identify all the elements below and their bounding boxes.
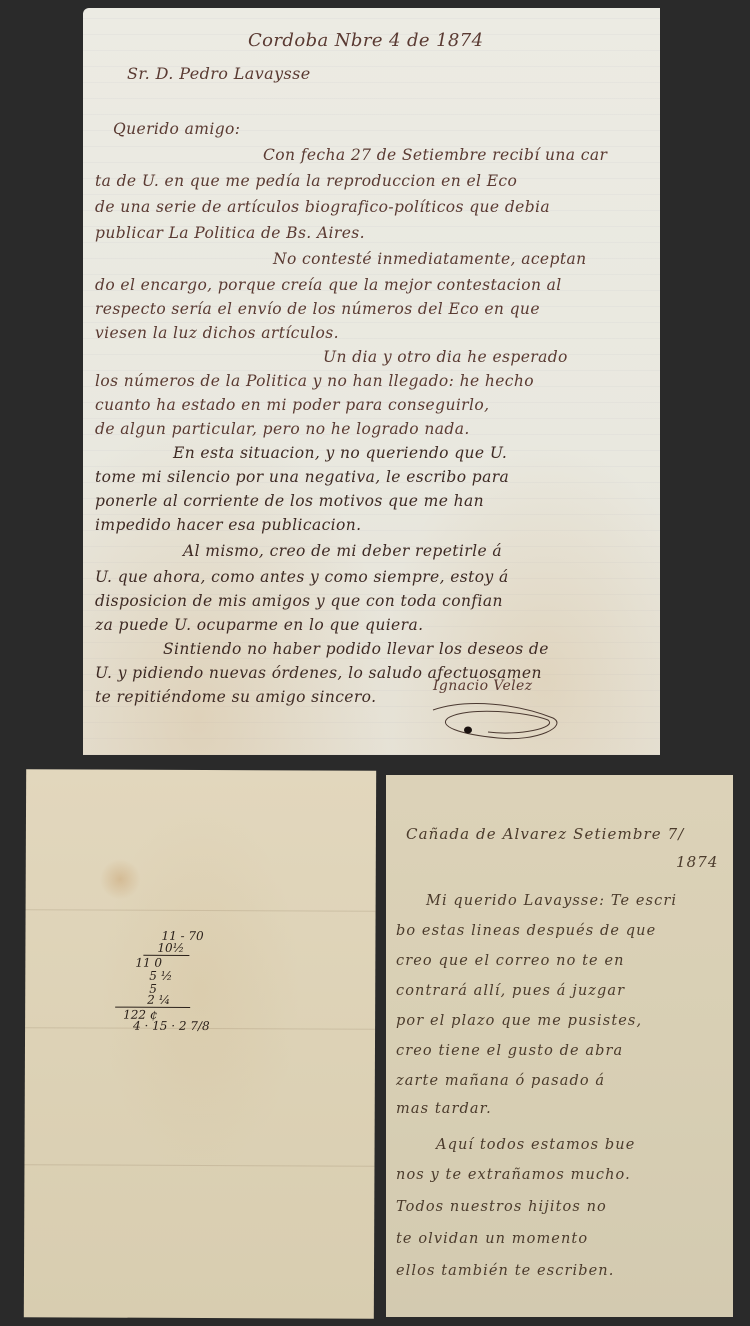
letter2-line: mas tardar. — [396, 1101, 492, 1117]
letter2-line: contrará allí, pues á juzgar — [396, 983, 625, 999]
calc-line: 4 · 15 · 2 7/8 — [133, 1020, 210, 1032]
letter-line: impedido hacer esa publicacion. — [95, 516, 361, 534]
letter-page-verso-calculation: 11 - 70 10½ 11 0 5 ½ 5 2 ¼ 122 ¢ 4 · 15 … — [24, 769, 376, 1319]
letter2-line: bo estas lineas después de que — [396, 923, 656, 939]
calc-line: 11 0 — [135, 957, 162, 969]
letter-line: tome mi silencio por una negativa, le es… — [95, 468, 509, 486]
letter-signature: Ignacio Velez — [433, 678, 533, 694]
letter-line: Al mismo, creo de mi deber repetirle á — [183, 542, 502, 560]
letter2-line: Todos nuestros hijitos no — [396, 1199, 607, 1215]
calc-line: 2 ¼ — [147, 994, 170, 1006]
letter-line: respecto sería el envío de los números d… — [95, 300, 540, 318]
letter-line: za puede U. ocuparme en lo que quiera. — [95, 616, 423, 634]
letter-line: publicar La Politica de Bs. Aires. — [95, 224, 365, 242]
signature-flourish-icon — [428, 698, 568, 748]
letter-line: ta de U. en que me pedía la reproduccion… — [95, 172, 517, 190]
letter-line: cuanto ha estado en mi poder para conseg… — [95, 396, 489, 414]
letter-line: de una serie de artículos biografico-pol… — [95, 198, 550, 216]
paper-fold-line — [26, 909, 376, 912]
letter-line: disposicion de mis amigos y que con toda… — [95, 592, 503, 610]
letter2-dateline: Cañada de Alvarez Setiembre 7/ — [406, 825, 684, 843]
letter-line: En esta situacion, y no queriendo que U. — [173, 444, 507, 462]
letter-line: do el encargo, porque creía que la mejor… — [95, 276, 562, 294]
letter-line: No contesté inmediatamente, aceptan — [273, 250, 586, 268]
letter2-line: zarte mañana ó pasado á — [396, 1073, 605, 1089]
letter2-line: ellos también te escriben. — [396, 1263, 614, 1279]
paper-fold-line — [24, 1164, 374, 1167]
letter2-line: creo tiene el gusto de abra — [396, 1043, 623, 1059]
letter2-line: por el plazo que me pusistes, — [396, 1013, 642, 1029]
letter-line: Con fecha 27 de Setiembre recibí una car — [263, 146, 607, 164]
letter-line: viesen la luz dichos artículos. — [95, 324, 339, 342]
letter-line: de algun particular, pero no he logrado … — [95, 420, 470, 438]
calc-line: 5 ½ — [149, 970, 172, 982]
letter-greeting: Querido amigo: — [113, 120, 240, 138]
letter2-line: nos y te extrañamos mucho. — [396, 1167, 631, 1183]
letter-line: Un dia y otro dia he esperado — [323, 348, 568, 366]
letter2-line: Aquí todos estamos bue — [436, 1137, 635, 1153]
letter2-line: te olvidan un momento — [396, 1231, 588, 1247]
letter-page-cordoba: Cordoba Nbre 4 de 1874 Sr. D. Pedro Lava… — [83, 8, 660, 755]
letter-dateline: Cordoba Nbre 4 de 1874 — [248, 30, 483, 51]
letter2-year: 1874 — [676, 853, 719, 871]
letter2-line: Mi querido Lavaysse: Te escri — [426, 893, 677, 909]
letter-line: Sintiendo no haber podido llevar los des… — [163, 640, 549, 658]
letter-line: ponerle al corriente de los motivos que … — [95, 492, 484, 510]
letter-line: los números de la Politica y no han lleg… — [95, 372, 534, 390]
letter-page-canada-de-alvarez: Cañada de Alvarez Setiembre 7/ 1874 Mi q… — [386, 775, 733, 1317]
calc-line: 10½ — [157, 942, 184, 954]
letter-addressee: Sr. D. Pedro Lavaysse — [127, 64, 311, 83]
letter2-line: creo que el correo no te en — [396, 953, 625, 969]
letter-line: te repitiéndome su amigo sincero. — [95, 688, 376, 706]
letter-line: U. que ahora, como antes y como siempre,… — [95, 568, 509, 586]
